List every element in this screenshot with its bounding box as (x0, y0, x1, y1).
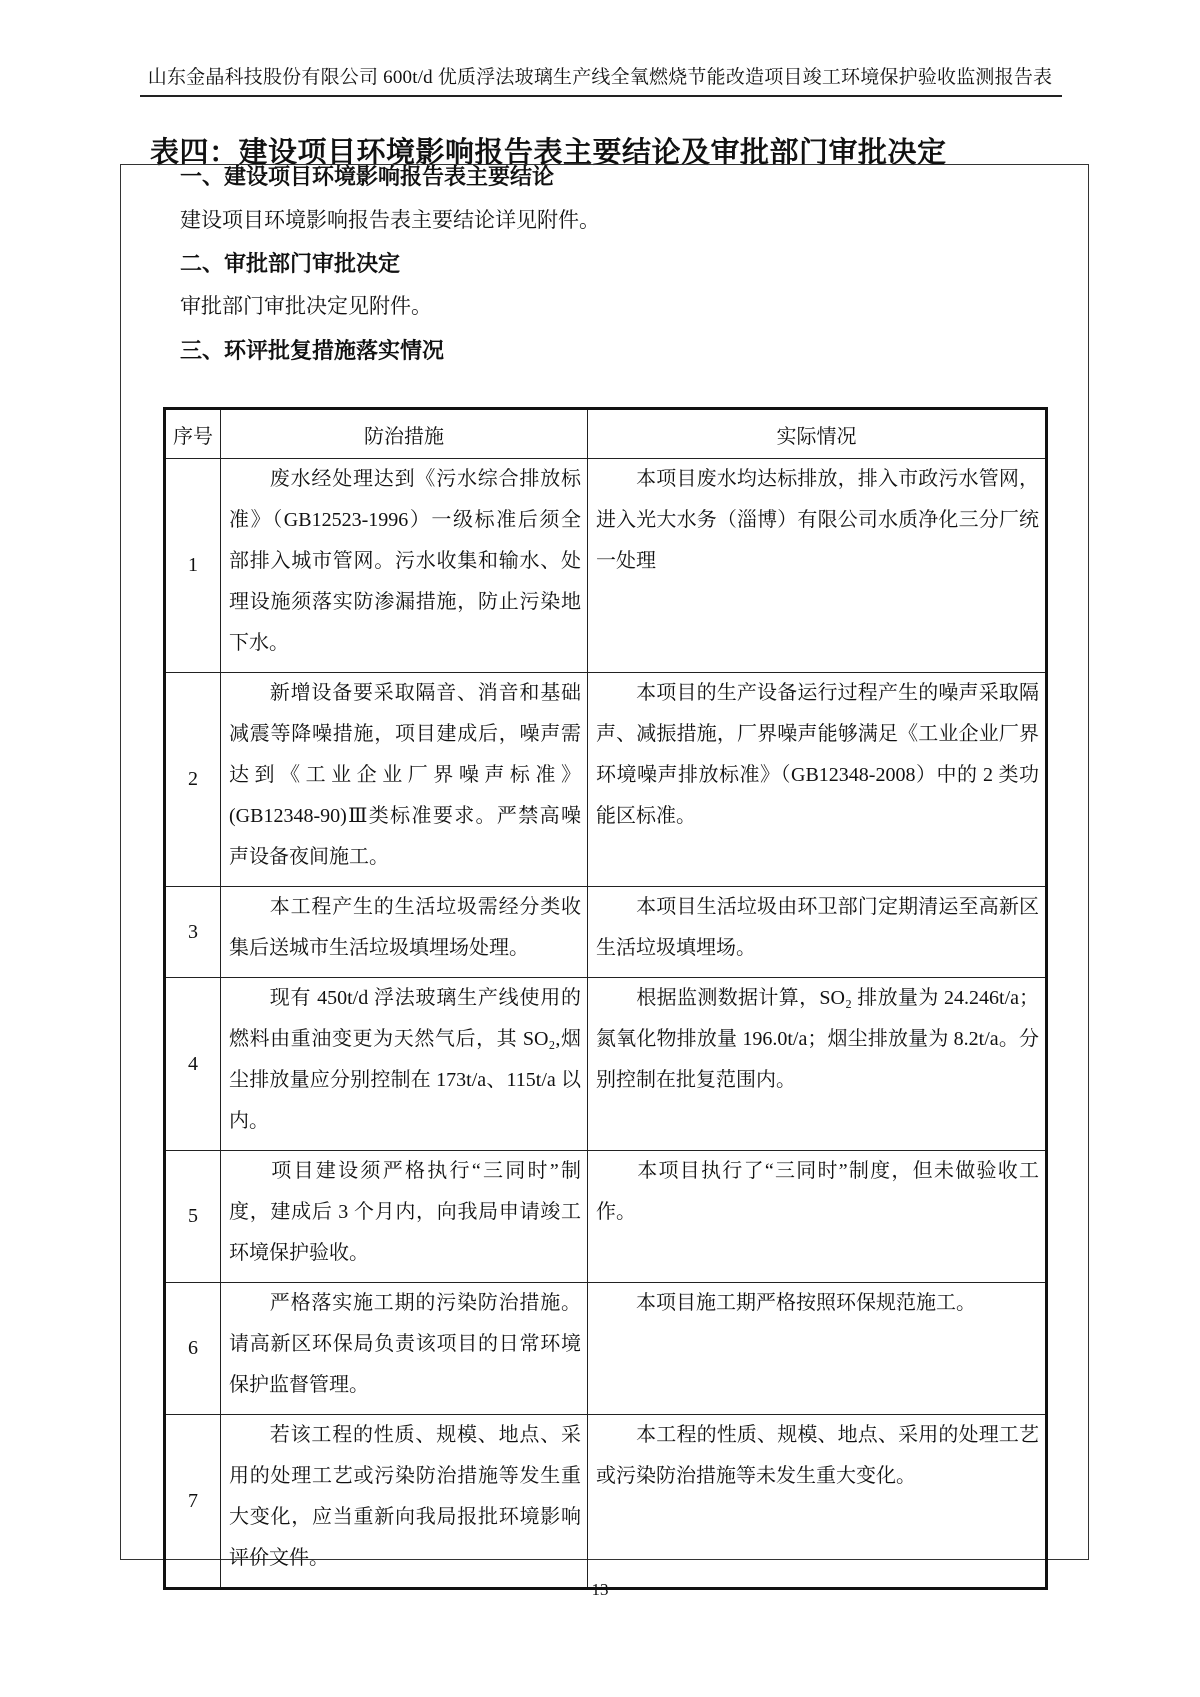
section-heading-conclusions: 一、建设项目环境影响报告表主要结论 (180, 160, 554, 191)
actual-text: 本项目生活垃圾由环卫部门定期清运至高新区生活垃圾填埋场。 (596, 896, 1039, 959)
actual-cell: 本项目的生产设备运行过程产生的噪声采取隔声、减振措施，厂界噪声能够满足《工业企业… (588, 673, 1047, 887)
actual-text: 根据监测数据计算，SO₂ 排放量为 24.246t/a；氮氧化物排放量 196.… (596, 987, 1039, 1091)
table-row: 4 现有 450t/d 浮法玻璃生产线使用的燃料由重油变更为天然气后，其 SO₂… (165, 978, 1047, 1151)
measure-text: 项目建设须严格执行“三同时”制度，建成后 3 个月内，向我局申请竣工环境保护验收… (229, 1160, 581, 1264)
actual-cell: 根据监测数据计算，SO₂ 排放量为 24.246t/a；氮氧化物排放量 196.… (588, 978, 1047, 1151)
row-number: 3 (165, 887, 221, 978)
row-number: 7 (165, 1415, 221, 1589)
measure-cell: 严格落实施工期的污染防治措施。请高新区环保局负责该项目的日常环境保护监督管理。 (221, 1283, 588, 1415)
measure-cell: 废水经处理达到《污水综合排放标准》（GB12523-1996）一级标准后须全部排… (221, 459, 588, 673)
row-number: 2 (165, 673, 221, 887)
row-number: 1 (165, 459, 221, 673)
table-row: 7 若该工程的性质、规模、地点、采用的处理工艺或污染防治措施等发生重大变化，应当… (165, 1415, 1047, 1589)
table-row: 5 项目建设须严格执行“三同时”制度，建成后 3 个月内，向我局申请竣工环境保护… (165, 1151, 1047, 1283)
measures-table: 序号 防治措施 实际情况 1 废水经处理达到《污水综合排放标准》（GB12523… (163, 407, 1048, 1590)
measure-text: 现有 450t/d 浮法玻璃生产线使用的燃料由重油变更为天然气后，其 SO₂,烟… (229, 987, 581, 1132)
table-row: 2 新增设备要采取隔音、消音和基础减震等降噪措施，项目建成后，噪声需达到《工业企… (165, 673, 1047, 887)
measure-cell: 现有 450t/d 浮法玻璃生产线使用的燃料由重油变更为天然气后，其 SO₂,烟… (221, 978, 588, 1151)
section-body-approval: 审批部门审批决定见附件。 (180, 290, 432, 320)
table-row: 6 严格落实施工期的污染防治措施。请高新区环保局负责该项目的日常环境保护监督管理… (165, 1283, 1047, 1415)
column-header-measure: 防治措施 (221, 409, 588, 459)
measure-text: 废水经处理达到《污水综合排放标准》（GB12523-1996）一级标准后须全部排… (229, 468, 581, 654)
actual-cell: 本项目施工期严格按照环保规范施工。 (588, 1283, 1047, 1415)
running-header: 山东金晶科技股份有限公司 600t/d 优质浮法玻璃生产线全氧燃烧节能改造项目竣… (140, 62, 1060, 89)
actual-cell: 本项目执行了“三同时”制度，但未做验收工作。 (588, 1151, 1047, 1283)
section-body-conclusions: 建设项目环境影响报告表主要结论详见附件。 (180, 204, 600, 234)
column-header-no: 序号 (165, 409, 221, 459)
measure-cell: 若该工程的性质、规模、地点、采用的处理工艺或污染防治措施等发生重大变化，应当重新… (221, 1415, 588, 1589)
row-number: 6 (165, 1283, 221, 1415)
actual-text: 本项目的生产设备运行过程产生的噪声采取隔声、减振措施，厂界噪声能够满足《工业企业… (596, 682, 1039, 827)
column-header-actual: 实际情况 (588, 409, 1047, 459)
measure-cell: 新增设备要采取隔音、消音和基础减震等降噪措施，项目建成后，噪声需达到《工业企业厂… (221, 673, 588, 887)
actual-text: 本工程的性质、规模、地点、采用的处理工艺或污染防治措施等未发生重大变化。 (596, 1424, 1039, 1487)
actual-text: 本项目施工期严格按照环保规范施工。 (636, 1292, 976, 1314)
measure-text: 新增设备要采取隔音、消音和基础减震等降噪措施，项目建成后，噪声需达到《工业企业厂… (229, 682, 581, 868)
row-number: 4 (165, 978, 221, 1151)
header-rule (140, 95, 1062, 97)
measure-text: 本工程产生的生活垃圾需经分类收集后送城市生活垃圾填埋场处理。 (229, 896, 581, 959)
measure-cell: 本工程产生的生活垃圾需经分类收集后送城市生活垃圾填埋场处理。 (221, 887, 588, 978)
table-row: 1 废水经处理达到《污水综合排放标准》（GB12523-1996）一级标准后须全… (165, 459, 1047, 673)
section-heading-approval: 二、审批部门审批决定 (180, 247, 400, 278)
page-number: 13 (0, 1580, 1200, 1600)
row-number: 5 (165, 1151, 221, 1283)
actual-cell: 本项目废水均达标排放，排入市政污水管网，进入光大水务（淄博）有限公司水质净化三分… (588, 459, 1047, 673)
measure-text: 严格落实施工期的污染防治措施。请高新区环保局负责该项目的日常环境保护监督管理。 (229, 1292, 581, 1396)
measure-cell: 项目建设须严格执行“三同时”制度，建成后 3 个月内，向我局申请竣工环境保护验收… (221, 1151, 588, 1283)
table-header-row: 序号 防治措施 实际情况 (165, 409, 1047, 459)
table-row: 3 本工程产生的生活垃圾需经分类收集后送城市生活垃圾填埋场处理。 本项目生活垃圾… (165, 887, 1047, 978)
actual-cell: 本项目生活垃圾由环卫部门定期清运至高新区生活垃圾填埋场。 (588, 887, 1047, 978)
actual-cell: 本工程的性质、规模、地点、采用的处理工艺或污染防治措施等未发生重大变化。 (588, 1415, 1047, 1589)
actual-text: 本项目废水均达标排放，排入市政污水管网，进入光大水务（淄博）有限公司水质净化三分… (596, 468, 1039, 572)
measure-text: 若该工程的性质、规模、地点、采用的处理工艺或污染防治措施等发生重大变化，应当重新… (229, 1424, 581, 1569)
actual-text: 本项目执行了“三同时”制度，但未做验收工作。 (596, 1160, 1039, 1223)
section-heading-implementation: 三、环评批复措施落实情况 (180, 334, 444, 365)
